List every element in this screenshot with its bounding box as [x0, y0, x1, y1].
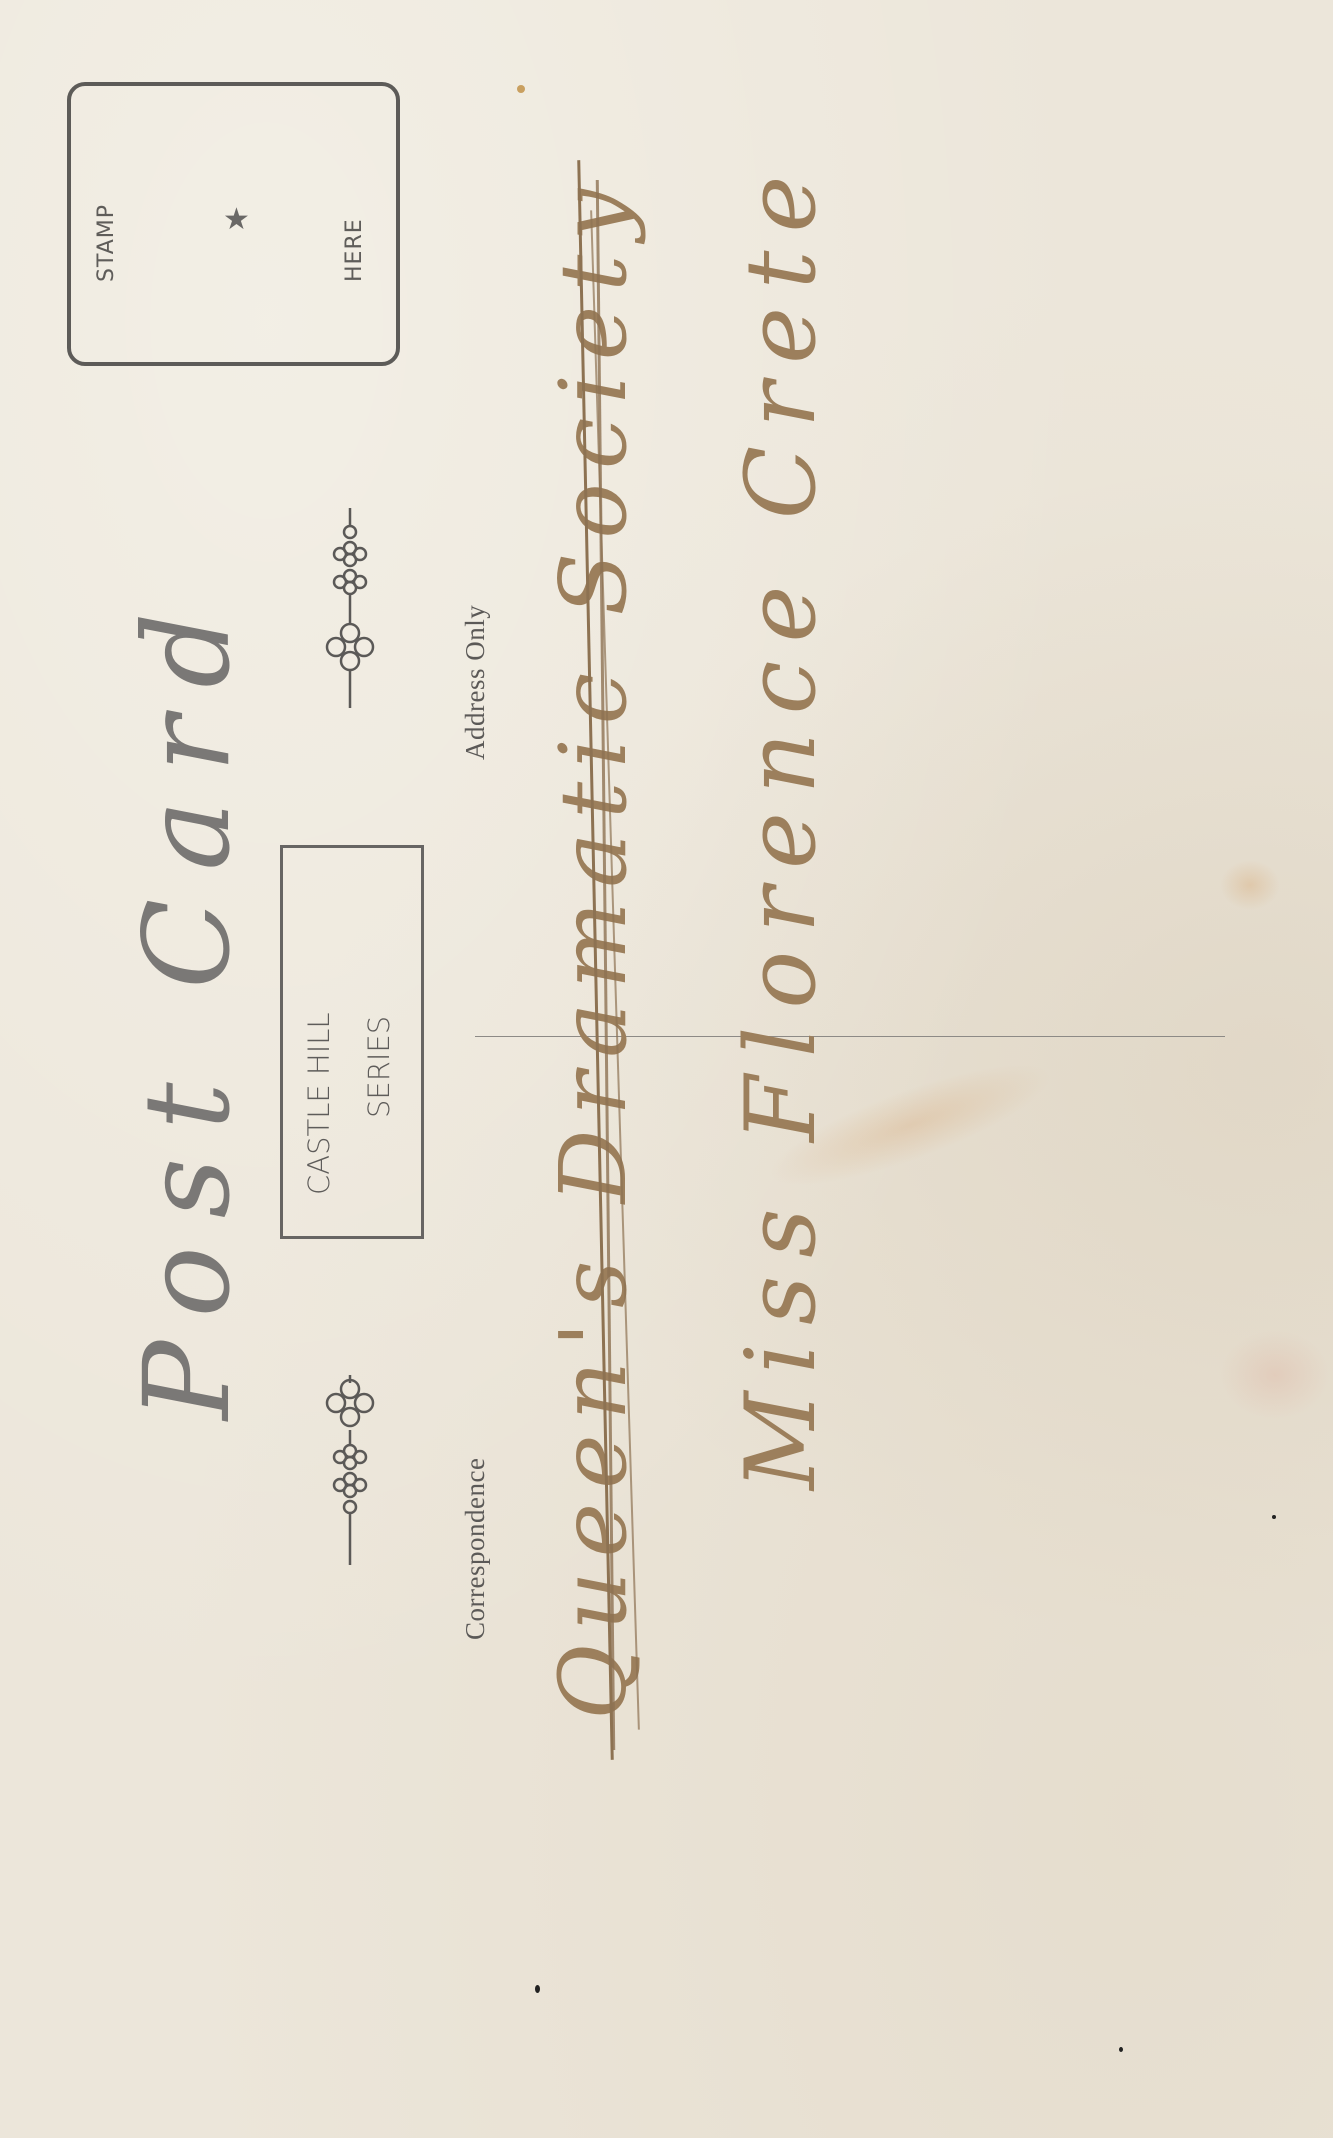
star-icon: ★ [223, 205, 250, 235]
series-label-line: SERIES [362, 1016, 396, 1118]
page-title: Post Card [118, 584, 256, 1420]
correspondence-label: Correspondence [460, 1458, 491, 1640]
handwritten-address: Miss Florence Crete [725, 158, 837, 1490]
here-label: HERE [342, 218, 367, 282]
quatrefoil-chain-ornament-icon [320, 1375, 380, 1575]
paper-speck [1272, 1515, 1276, 1519]
paper-stain [1220, 1330, 1330, 1420]
stamp-label: STAMP [94, 204, 119, 282]
paper-stain [1220, 860, 1280, 910]
paper-speck [517, 85, 525, 93]
paper-speck [535, 1985, 540, 1993]
address-only-label: Address Only [460, 605, 491, 760]
series-name-line: CASTLE HILL [302, 1012, 336, 1195]
paper-speck [1119, 2047, 1123, 2052]
quatrefoil-chain-ornament-icon [320, 508, 380, 708]
